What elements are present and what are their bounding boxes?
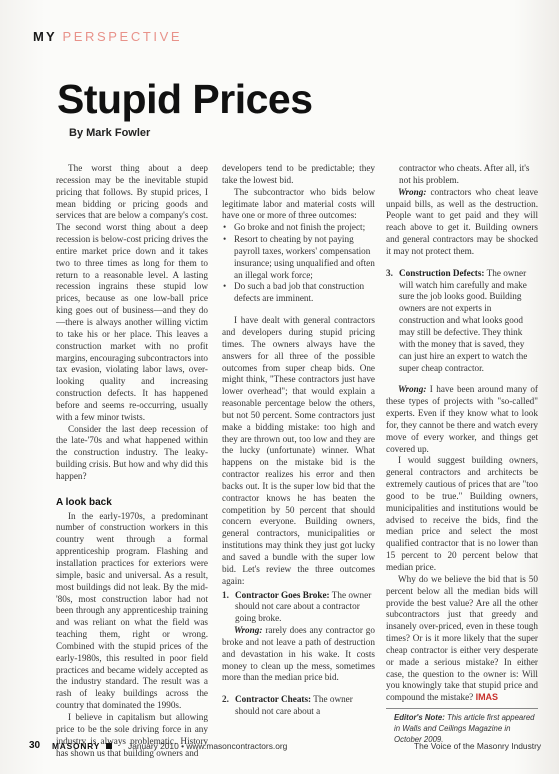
paragraph: Consider the last deep recession of the … xyxy=(56,424,208,483)
byline: By Mark Fowler xyxy=(69,127,150,139)
column-2: developers tend to be predictable; they … xyxy=(222,163,375,718)
issue-info: January 2010 • www.masoncontractors.org xyxy=(128,741,287,751)
magazine-page: MY PERSPECTIVE Stupid Prices By Mark Fow… xyxy=(0,0,559,774)
item-number: 1. xyxy=(222,590,229,602)
numbered-item-3: 3. Construction Defects: The owner will … xyxy=(386,268,538,375)
numbered-item-1: 1. Contractor Goes Broke: The owner shou… xyxy=(222,590,375,626)
item-lead: Construction Defects: xyxy=(399,268,484,278)
item-lead: Contractor Cheats: xyxy=(235,694,311,704)
paragraph: Why do we believe the bid that is 50 per… xyxy=(386,574,538,702)
paragraph: The subcontractor who bids below legitim… xyxy=(222,187,375,223)
article-title: Stupid Prices xyxy=(57,76,313,123)
paragraph: I would suggest building owners, general… xyxy=(386,455,538,573)
list-item: Resort to cheating by not paying payroll… xyxy=(222,234,375,281)
outcomes-list: Go broke and not finish the project; Res… xyxy=(222,222,375,305)
footer-tagline: The Voice of the Masonry Industry xyxy=(414,741,541,751)
item-number: 2. xyxy=(222,694,229,706)
rebuttal-text: I have been around many of these types o… xyxy=(386,384,538,453)
page-number: 30 xyxy=(29,740,40,751)
section-label-my: MY xyxy=(33,29,57,44)
paragraph: The worst thing about a deep recession m… xyxy=(56,163,208,424)
end-mark-logo: IMAS xyxy=(476,692,499,702)
list-item: Go broke and not finish the project; xyxy=(222,222,375,234)
list-item: Do such a bad job that construction defe… xyxy=(222,281,375,305)
wrong-label: Wrong: xyxy=(234,625,262,635)
item-lead: Contractor Goes Broke: xyxy=(235,590,330,600)
square-separator-icon xyxy=(106,743,112,749)
numbered-item-2: 2. Contractor Cheats: The owner should n… xyxy=(222,694,375,718)
editor-note: Editor's Note: This article first appear… xyxy=(386,708,538,745)
subheading: A look back xyxy=(56,497,208,509)
wrong-label: Wrong: xyxy=(398,384,426,394)
section-label: MY PERSPECTIVE xyxy=(33,29,182,44)
paragraph: I have dealt with general contractors an… xyxy=(222,315,375,587)
column-3: contractor who cheats. After all, it's n… xyxy=(386,163,538,745)
paragraph: In the early-1970s, a predominant number… xyxy=(56,511,208,712)
magazine-name: MASONRY xyxy=(52,741,100,751)
editor-note-label: Editor's Note: xyxy=(394,713,445,722)
item-2-continued: contractor who cheats. After all, it's n… xyxy=(386,163,538,187)
page-footer: 30 MASONRY January 2010 • www.masoncontr… xyxy=(0,741,559,755)
column-1: The worst thing about a deep recession m… xyxy=(56,163,208,759)
item-number: 3. xyxy=(386,268,393,280)
wrong-label: Wrong: xyxy=(398,187,426,197)
item-text: The owner will watch him carefully and m… xyxy=(399,268,527,373)
rebuttal-text: contractors who cheat leave unpaid bills… xyxy=(386,187,538,256)
section-label-perspective: PERSPECTIVE xyxy=(62,29,182,44)
paragraph: developers tend to be predictable; they … xyxy=(222,163,375,187)
